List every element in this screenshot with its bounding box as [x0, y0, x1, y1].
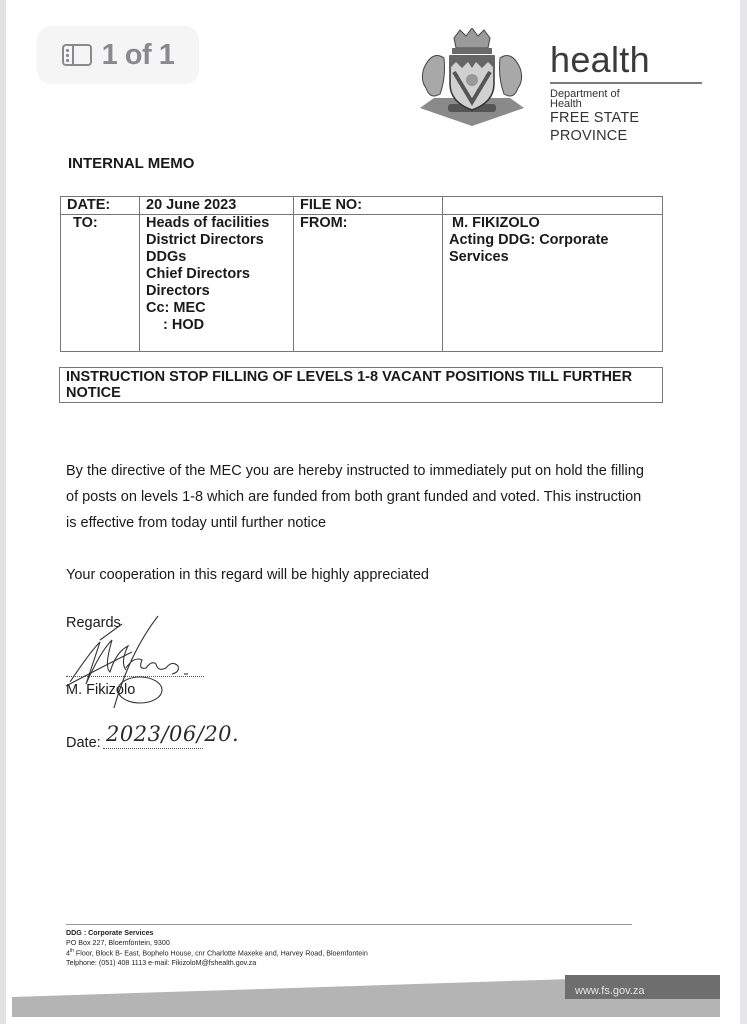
from-block: M. FIKIZOLO Acting DDG: Corporate Servic…: [443, 215, 663, 352]
brand-wordmark: health: [550, 40, 702, 80]
from-title: Acting DDG: Corporate: [449, 232, 656, 249]
file-no-value: [443, 197, 663, 215]
file-no-label: FILE NO:: [294, 197, 443, 215]
date-label: DATE:: [61, 197, 140, 215]
footer-address: DDG : Corporate Services PO Box 227, Blo…: [66, 928, 368, 968]
recipient: Cc: MEC: [146, 300, 287, 317]
viewer-scrollbar[interactable]: [740, 0, 747, 1024]
memo-subject: INSTRUCTION STOP FILLING OF LEVELS 1-8 V…: [59, 367, 663, 403]
from-title-cont: Services: [449, 249, 656, 266]
from-label: FROM:: [294, 215, 443, 352]
province-name: FREE STATE PROVINCE: [550, 109, 702, 145]
recipient: : HOD: [146, 317, 287, 334]
website-link[interactable]: www.fs.gov.za: [575, 985, 645, 997]
recipient: DDGs: [146, 249, 287, 266]
footer-po-box: PO Box 227, Bloemfontein, 9300: [66, 938, 368, 948]
footer-contact: Telphone: (051) 408 1113 e-mail: Fikizol…: [66, 958, 368, 968]
memo-body: By the directive of the MEC you are here…: [66, 458, 646, 588]
recipient: Chief Directors: [146, 266, 287, 283]
brand-rule: [550, 82, 702, 84]
health-brand: health Department of Health FREE STATE P…: [550, 40, 702, 145]
coat-of-arms-icon: [410, 28, 534, 130]
recipient: District Directors: [146, 232, 287, 249]
recipient: Heads of facilities: [146, 215, 287, 232]
body-paragraph: By the directive of the MEC you are here…: [66, 458, 646, 536]
memo-title: INTERNAL MEMO: [68, 155, 194, 172]
recipient: Directors: [146, 283, 287, 300]
footer-office: DDG : Corporate Services: [66, 928, 154, 937]
signature-icon: [60, 612, 220, 772]
page-indicator[interactable]: 1 of 1: [37, 26, 199, 84]
sidebar-icon: [62, 44, 92, 66]
footer-street: 4th Floor, Block B- East, Bophelo House,…: [66, 947, 368, 958]
from-name: M. FIKIZOLO: [449, 215, 656, 232]
date-value: 20 June 2023: [140, 197, 294, 215]
to-recipients: Heads of facilities District Directors D…: [140, 215, 294, 352]
footer-rule: [66, 924, 632, 925]
memo-header-table: DATE: 20 June 2023 FILE NO: TO: Heads of…: [60, 196, 663, 352]
viewer-left-edge: [0, 0, 6, 1024]
to-label: TO:: [61, 215, 140, 352]
department-line-1: Department of: [550, 89, 702, 99]
body-paragraph: Your cooperation in this regard will be …: [66, 562, 646, 588]
page-count: 1 of 1: [102, 39, 175, 72]
department-line-2: Health: [550, 99, 702, 109]
